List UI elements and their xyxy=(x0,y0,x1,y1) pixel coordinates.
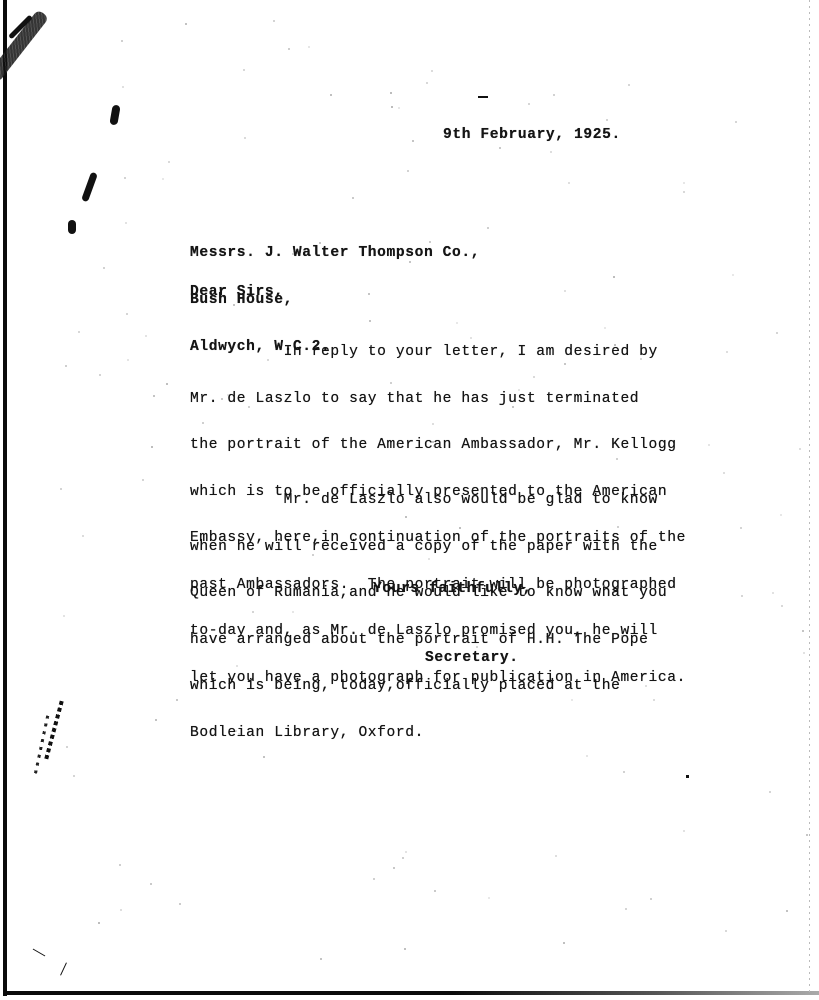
scan-speck xyxy=(179,903,181,905)
scan-speck xyxy=(127,359,129,361)
scan-speck xyxy=(521,539,523,541)
scan-speck xyxy=(431,70,433,72)
body-line: In reply to your letter, I am desired by xyxy=(190,345,686,361)
letter-page: 9th February, 1925. Messrs. J. Walter Th… xyxy=(0,0,819,1000)
scan-speck xyxy=(604,327,606,329)
body-line: which is being, today,officially placed … xyxy=(190,679,667,695)
scan-speck xyxy=(373,878,375,880)
scan-speck xyxy=(121,40,123,42)
scan-speck xyxy=(248,406,250,408)
scan-speck xyxy=(103,267,105,269)
scan-speck xyxy=(613,276,615,278)
scan-speck xyxy=(252,611,254,613)
scan-speck xyxy=(267,359,269,361)
scan-speck xyxy=(799,448,801,450)
scan-speck xyxy=(564,290,566,292)
scan-speck xyxy=(803,652,805,654)
signature: Secretary. xyxy=(425,651,519,667)
scan-speck xyxy=(407,170,409,172)
scan-speck xyxy=(98,922,100,924)
closing: Yours faithfully, xyxy=(373,582,532,598)
scan-speck xyxy=(166,383,168,385)
scan-speck xyxy=(243,69,245,71)
scan-speck xyxy=(621,635,623,637)
body-line: when he will received a copy of the pape… xyxy=(190,540,667,556)
scan-speck xyxy=(404,948,406,950)
address-line: Messrs. J. Walter Thompson Co., xyxy=(190,246,480,262)
scan-speck xyxy=(405,851,407,853)
scan-speck xyxy=(372,498,374,500)
scan-speck xyxy=(780,514,782,516)
scan-speck xyxy=(708,444,710,446)
scan-speck xyxy=(233,304,235,306)
ink-mark xyxy=(68,220,76,234)
scan-speck xyxy=(434,890,436,892)
ink-mark xyxy=(109,104,120,125)
ink-mark xyxy=(44,701,63,760)
scan-speck xyxy=(726,351,728,353)
scan-speck xyxy=(725,930,727,932)
scan-speck xyxy=(683,191,685,193)
scan-speck xyxy=(66,746,68,748)
scan-speck xyxy=(119,864,121,866)
scan-speck xyxy=(124,177,126,179)
body-line: have arranged about the portrait of H.H.… xyxy=(190,633,667,649)
ink-mark xyxy=(478,96,488,98)
scan-speck xyxy=(802,630,804,632)
scan-speck xyxy=(563,942,565,944)
body-line: the portrait of the American Ambassador,… xyxy=(190,438,686,454)
scan-speck xyxy=(426,82,428,84)
scan-speck xyxy=(429,241,431,243)
scan-speck xyxy=(499,147,501,149)
body-line: Mr. de Laszlo also would be glad to know xyxy=(190,493,667,509)
scan-speck xyxy=(330,94,332,96)
scan-border-right xyxy=(809,0,810,995)
scan-speck xyxy=(487,227,489,229)
scan-speck xyxy=(63,615,65,617)
scan-speck xyxy=(82,535,84,537)
scan-speck xyxy=(740,527,742,529)
body-paragraph-2: Mr. de Laszlo also would be glad to know… xyxy=(190,462,667,772)
scan-speck xyxy=(176,699,178,701)
scan-speck xyxy=(120,909,122,911)
scan-speck xyxy=(142,479,144,481)
scan-speck xyxy=(153,395,155,397)
scan-speck xyxy=(60,488,62,490)
ink-mark xyxy=(60,962,67,975)
scan-speck xyxy=(518,389,520,391)
scan-speck xyxy=(806,834,808,836)
body-line: Bodleian Library, Oxford. xyxy=(190,726,667,742)
scan-speck xyxy=(244,137,246,139)
scan-speck xyxy=(683,830,685,832)
scan-speck xyxy=(776,332,778,334)
scan-speck xyxy=(398,107,400,109)
scan-speck xyxy=(390,382,392,384)
scan-speck xyxy=(512,406,514,408)
scan-speck xyxy=(273,20,275,22)
scan-speck xyxy=(125,222,127,224)
body-line: Mr. de Laszlo to say that he has just te… xyxy=(190,392,686,408)
scan-speck xyxy=(625,908,627,910)
scan-speck xyxy=(352,197,354,199)
scan-speck xyxy=(568,182,570,184)
scan-speck xyxy=(78,331,80,333)
scan-speck xyxy=(723,472,725,474)
salutation: Dear Sirs, xyxy=(190,285,284,301)
scan-speck xyxy=(288,48,290,50)
scan-speck xyxy=(292,253,294,255)
scan-speck xyxy=(162,178,164,180)
scan-speck xyxy=(556,492,558,494)
scan-speck xyxy=(168,161,170,163)
scan-speck xyxy=(126,313,128,315)
scan-speck xyxy=(390,92,392,94)
scan-speck xyxy=(308,46,310,48)
scan-speck xyxy=(603,585,605,587)
scan-speck xyxy=(412,140,414,142)
scan-speck xyxy=(769,791,771,793)
scan-speck xyxy=(650,898,652,900)
scan-speck xyxy=(781,605,783,607)
ink-mark xyxy=(81,172,98,203)
scan-speck xyxy=(398,442,400,444)
scan-speck xyxy=(145,335,147,337)
scan-speck xyxy=(263,756,265,758)
scan-speck xyxy=(623,771,625,773)
scan-speck xyxy=(786,910,788,912)
scan-speck xyxy=(150,883,152,885)
scan-speck xyxy=(185,23,187,25)
scan-speck xyxy=(402,857,404,859)
scan-speck xyxy=(772,592,774,594)
scan-speck xyxy=(312,554,314,556)
scan-speck xyxy=(606,119,608,121)
scan-speck xyxy=(555,855,557,857)
scan-speck xyxy=(553,94,555,96)
scan-speck xyxy=(741,595,743,597)
scan-speck xyxy=(628,84,630,86)
ink-mark xyxy=(33,949,46,957)
scan-speck xyxy=(732,274,734,276)
scan-speck xyxy=(586,755,588,757)
scan-speck xyxy=(65,365,67,367)
scan-speck xyxy=(405,516,407,518)
scan-speck xyxy=(391,106,393,108)
scan-speck xyxy=(151,446,153,448)
letter-date: 9th February, 1925. xyxy=(443,128,621,144)
scan-speck xyxy=(564,363,566,365)
scan-speck xyxy=(320,958,322,960)
scan-speck xyxy=(369,674,371,676)
scan-speck xyxy=(122,86,124,88)
scan-speck xyxy=(99,374,101,376)
scan-speck xyxy=(550,151,552,153)
scan-speck xyxy=(528,103,530,105)
scan-border-left xyxy=(3,0,7,996)
scan-speck xyxy=(640,358,642,360)
scan-speck xyxy=(155,719,157,721)
scan-border-bottom xyxy=(3,991,819,995)
ink-mark xyxy=(686,775,689,778)
scan-speck xyxy=(393,867,395,869)
scan-speck xyxy=(73,775,75,777)
scan-speck xyxy=(533,376,535,378)
scan-speck xyxy=(598,634,600,636)
scan-speck xyxy=(683,182,685,184)
scan-speck xyxy=(488,897,490,899)
scan-speck xyxy=(735,121,737,123)
